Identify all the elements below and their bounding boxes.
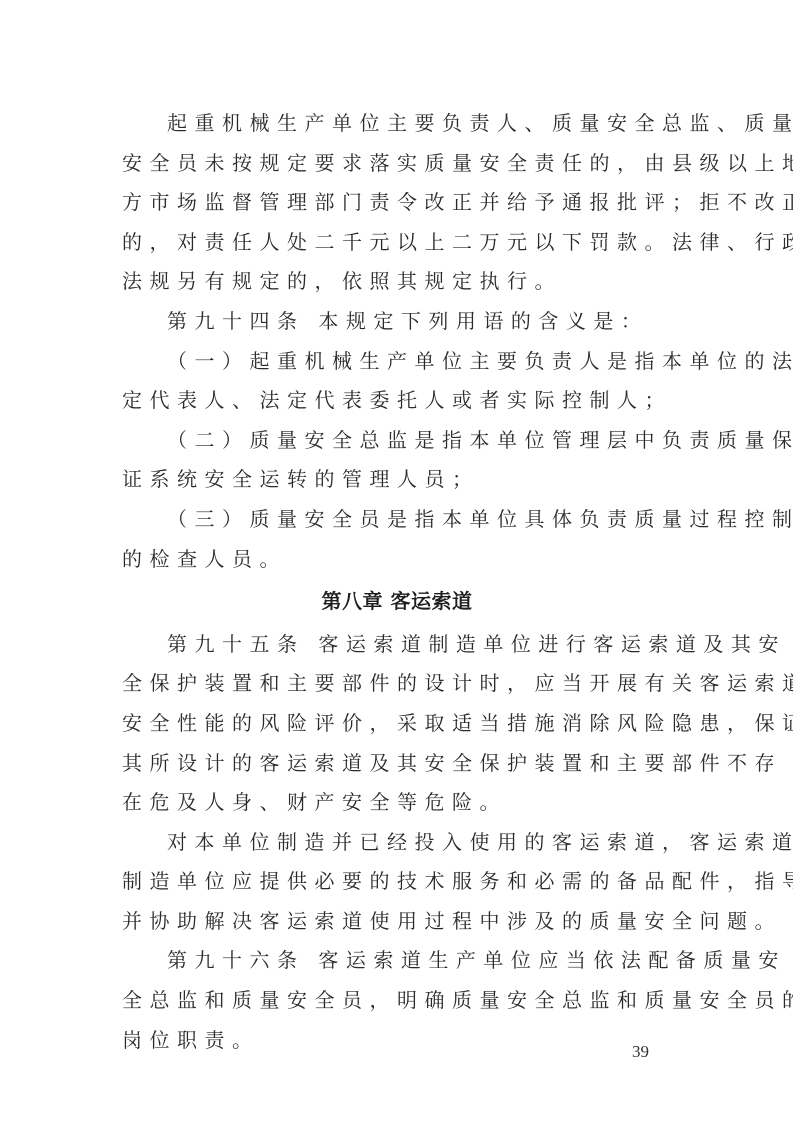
- text-line: 并协助解决客运索道使用过程中涉及的质量安全问题。: [122, 902, 682, 942]
- chapter-heading: 第八章 客运索道: [122, 582, 672, 622]
- text-line: 证系统安全运转的管理人员；: [122, 460, 682, 500]
- text-line: 起重机械生产单位主要负责人、质量安全总监、质量: [122, 104, 682, 144]
- text-line: 全总监和质量安全员，明确质量安全总监和质量安全员的: [122, 981, 682, 1021]
- document-page: 起重机械生产单位主要负责人、质量安全总监、质量 安全员未按规定要求落实质量安全责…: [0, 0, 793, 1122]
- paragraph-article-94-item-1: （一）起重机械生产单位主要负责人是指本单位的法 定代表人、法定代表委托人或者实际…: [122, 342, 682, 421]
- text-line: 安全员未按规定要求落实质量安全责任的，由县级以上地: [122, 144, 682, 184]
- text-line: 制造单位应提供必要的技术服务和必需的备品配件，指导: [122, 862, 682, 902]
- text-line: 在危及人身、财产安全等危险。: [122, 783, 682, 823]
- text-line: 法规另有规定的，依照其规定执行。: [122, 262, 682, 302]
- paragraph-penalty-continuation: 起重机械生产单位主要负责人、质量安全总监、质量 安全员未按规定要求落实质量安全责…: [122, 104, 682, 302]
- paragraph-article-94-item-3: （三）质量安全员是指本单位具体负责质量过程控制 的检查人员。: [122, 500, 682, 579]
- text-line: 方市场监督管理部门责令改正并给予通报批评；拒不改正: [122, 183, 682, 223]
- text-line: （二）质量安全总监是指本单位管理层中负责质量保: [122, 421, 682, 461]
- paragraph-article-94-item-2: （二）质量安全总监是指本单位管理层中负责质量保 证系统安全运转的管理人员；: [122, 421, 682, 500]
- text-line: 岗位职责。: [122, 1021, 682, 1061]
- text-line: 全保护装置和主要部件的设计时，应当开展有关客运索道: [122, 664, 682, 704]
- paragraph-article-95: 第九十五条 客运索道制造单位进行客运索道及其安 全保护装置和主要部件的设计时，应…: [122, 625, 682, 823]
- text-line: （三）质量安全员是指本单位具体负责质量过程控制: [122, 500, 682, 540]
- text-line: 定代表人、法定代表委托人或者实际控制人；: [122, 381, 682, 421]
- text-line: （一）起重机械生产单位主要负责人是指本单位的法: [122, 342, 682, 382]
- body-text: 起重机械生产单位主要负责人、质量安全总监、质量 安全员未按规定要求落实质量安全责…: [122, 104, 682, 1060]
- text-line: 第九十六条 客运索道生产单位应当依法配备质量安: [122, 941, 682, 981]
- text-line: 第九十五条 客运索道制造单位进行客运索道及其安: [122, 625, 682, 665]
- text-line: 的检查人员。: [122, 540, 682, 580]
- paragraph-article-95-continuation: 对本单位制造并已经投入使用的客运索道，客运索道 制造单位应提供必要的技术服务和必…: [122, 823, 682, 942]
- text-line: 其所设计的客运索道及其安全保护装置和主要部件不存: [122, 744, 682, 784]
- text-line: 对本单位制造并已经投入使用的客运索道，客运索道: [122, 823, 682, 863]
- paragraph-article-94: 第九十四条 本规定下列用语的含义是：: [122, 302, 682, 342]
- text-line: 第九十四条 本规定下列用语的含义是：: [122, 302, 682, 342]
- text-line: 安全性能的风险评价，采取适当措施消除风险隐患，保证: [122, 704, 682, 744]
- text-line: 的，对责任人处二千元以上二万元以下罚款。法律、行政: [122, 223, 682, 263]
- paragraph-article-96: 第九十六条 客运索道生产单位应当依法配备质量安 全总监和质量安全员，明确质量安全…: [122, 941, 682, 1060]
- page-number: 39: [632, 1042, 649, 1062]
